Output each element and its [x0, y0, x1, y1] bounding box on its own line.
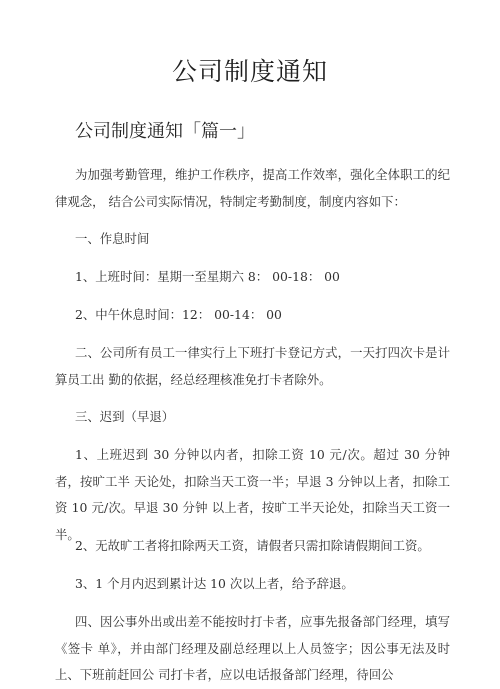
- document-page: 公司制度通知 公司制度通知「篇一」 为加强考勤管理，维护工作秩序，提高工作效率，…: [0, 0, 500, 689]
- absence-rule-item: 2、无故旷工者将扣除两天工资，请假者只需扣除请假期间工资。: [55, 533, 450, 560]
- dismissal-rule-item: 3、1 个月内迟到累计达 10 次以上者，给予辞退。: [55, 571, 450, 598]
- clock-in-paragraph: 二、公司所有员工一律实行上下班打卡登记方式，一天打四次卡是计算员工出 勤的依据，…: [55, 340, 450, 393]
- lunch-break-item: 2、中午休息时间：12： 00-14： 00: [55, 302, 450, 329]
- section-1-heading: 一、作息时间: [55, 226, 450, 253]
- business-trip-paragraph: 四、因公事外出或出差不能按时打卡者，应事先报备部门经理，填写《签卡 单》，并由部…: [55, 609, 450, 689]
- section-heading: 公司制度通知「篇一」: [75, 117, 255, 143]
- intro-paragraph: 为加强考勤管理，维护工作秩序，提高工作效率，强化全体职工的纪律观念， 结合公司实…: [55, 162, 450, 215]
- document-title: 公司制度通知: [0, 52, 500, 88]
- section-3-heading: 三、迟到（早退）: [55, 404, 450, 431]
- work-hours-item: 1、上班时间：星期一至星期六 8： 00-18： 00: [55, 264, 450, 291]
